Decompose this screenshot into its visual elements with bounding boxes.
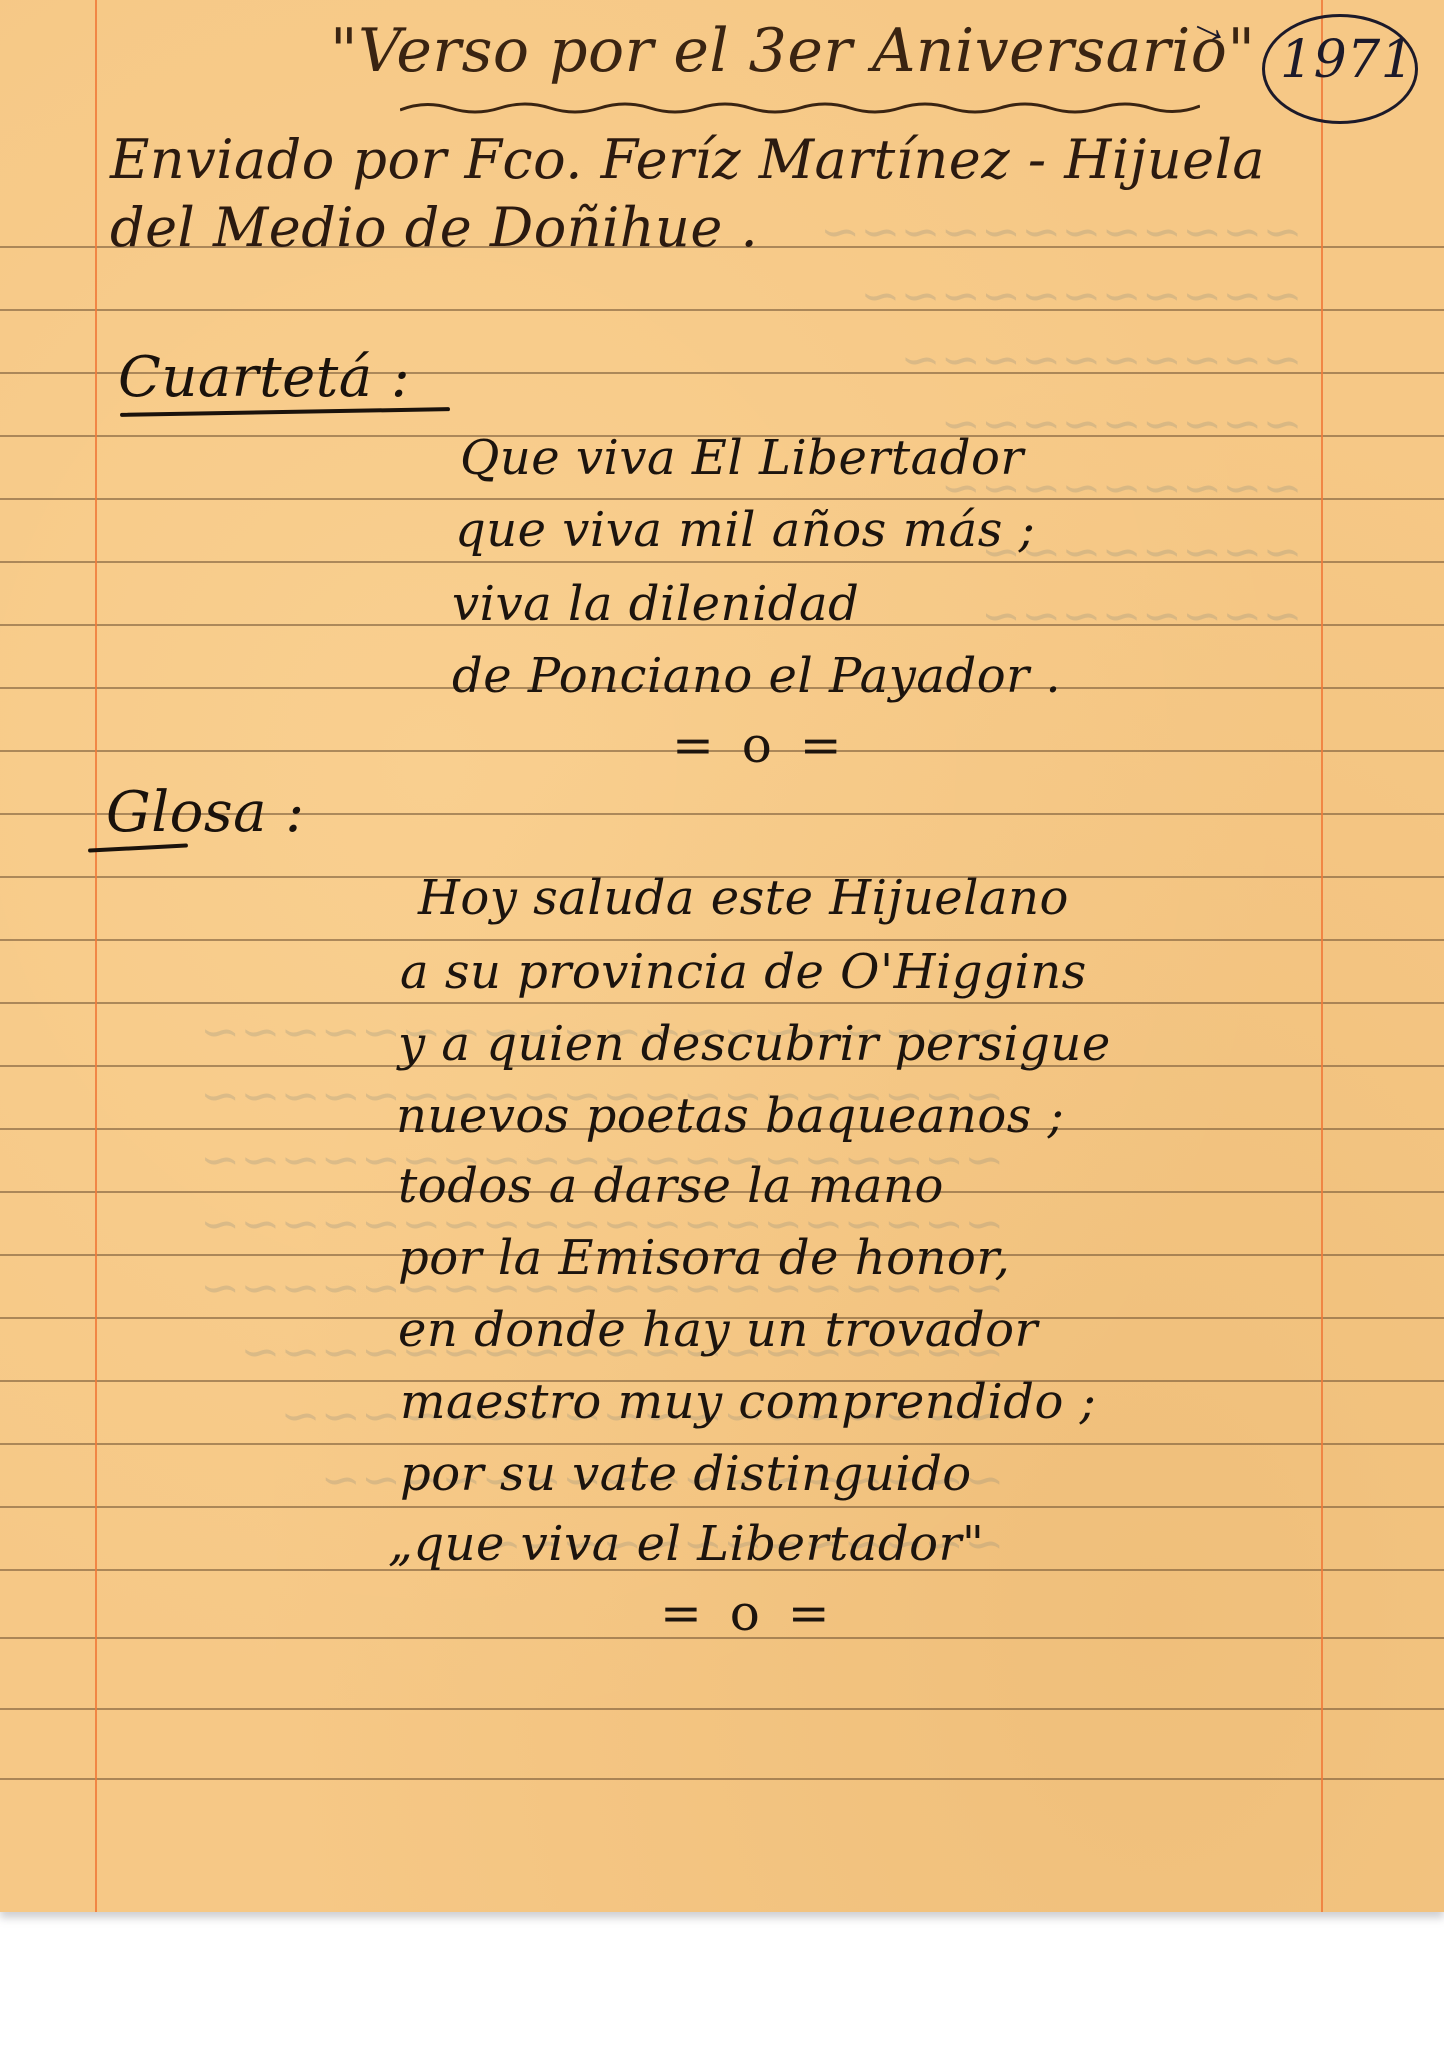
glosa-line: todos a darse la mano [398, 1158, 944, 1214]
ruled-line [0, 1708, 1444, 1710]
ruled-line [0, 939, 1444, 941]
glosa-line: por la Emisora de honor, [398, 1230, 1010, 1286]
right-margin-line [1321, 0, 1323, 1912]
sender-line-1: Enviado por Fco. Feríz Martínez - Hijuel… [110, 128, 1265, 191]
glosa-line: y a quien descubrir persigue [398, 1016, 1111, 1072]
cuarteta-heading: Cuartetá : [118, 345, 410, 410]
cuarteta-line: de Ponciano el Payador . [452, 648, 1061, 704]
sender-line-2: del Medio de Doñihue . [110, 196, 758, 259]
ruled-line [0, 1778, 1444, 1780]
glosa-heading: Glosa : [106, 780, 305, 845]
glosa-line: a su provincia de O'Higgins [400, 944, 1087, 1000]
glosa-line: „que viva el Libertador" [388, 1516, 985, 1572]
glosa-line: nuevos poetas baqueanos ; [396, 1088, 1064, 1144]
glosa-line: por su vate distinguido [400, 1446, 972, 1502]
cuarteta-line: Que viva El Libertador [460, 430, 1024, 486]
cuarteta-line: viva la dilenidad [452, 576, 859, 632]
bleed-through-text: ~~~~~~~~~~~~~~~~~~~~~~~~~~~~~~~~~~~~~~~~… [820, 200, 1303, 648]
cuarteta-line: que viva mil años más ; [455, 502, 1035, 558]
glosa-line: maestro muy comprendido ; [400, 1374, 1096, 1430]
glosa-line: Hoy saluda este Hijuelano [418, 870, 1069, 926]
cuarteta-separator: = o = [672, 716, 848, 774]
left-margin-line [95, 0, 97, 1912]
year-annotation: 1971 [1280, 30, 1414, 90]
glosa-separator: = o = [660, 1584, 836, 1642]
document-title: "Verso por el 3er Aniversario" [330, 16, 1256, 86]
title-wavy-underline [400, 100, 1200, 116]
notebook-page: ~~~~~~~~~~~~~~~~~~~~~~~~~~~~~~~~~~~~~~~~… [0, 0, 1444, 1912]
glosa-line: en donde hay un trovador [398, 1302, 1038, 1358]
